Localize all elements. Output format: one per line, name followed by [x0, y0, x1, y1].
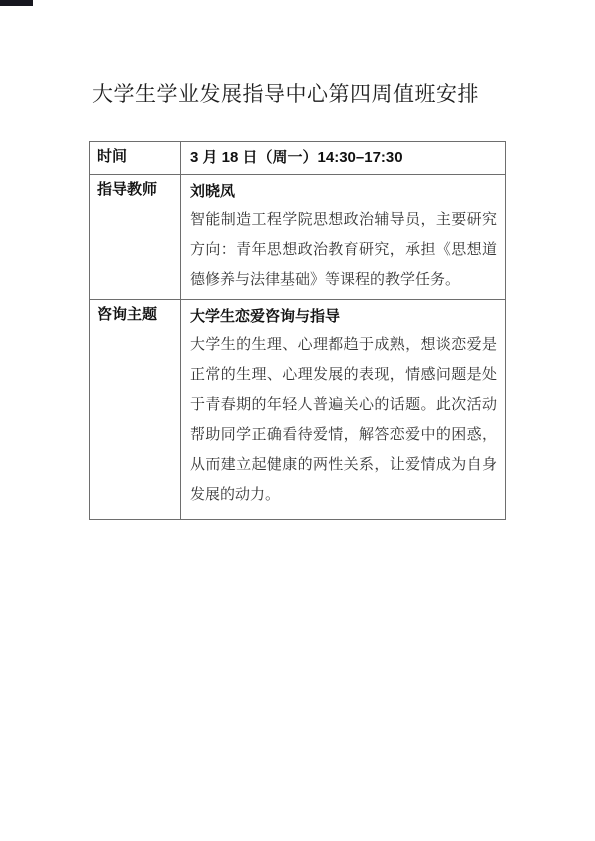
row-label-topic: 咨询主题	[90, 300, 181, 520]
teacher-name: 刘晓凤	[190, 177, 497, 205]
topic-title: 大学生恋爱咨询与指导	[190, 302, 497, 330]
table-row-time: 时间 3 月 18 日（周一）14:30–17:30	[90, 142, 506, 175]
time-value: 3 月 18 日（周一）14:30–17:30	[190, 144, 497, 170]
duty-schedule-table: 时间 3 月 18 日（周一）14:30–17:30 指导教师 刘晓凤 智能制造…	[89, 141, 506, 520]
row-label-teacher: 指导教师	[90, 175, 181, 300]
page-title: 大学生学业发展指导中心第四周值班安排	[92, 78, 552, 108]
row-value-topic: 大学生恋爱咨询与指导 大学生的生理、心理都趋于成熟，想谈恋爱是正常的生理、心理发…	[181, 300, 506, 520]
table-row-teacher: 指导教师 刘晓凤 智能制造工程学院思想政治辅导员，主要研究方向：青年思想政治教育…	[90, 175, 506, 300]
scan-corner-artifact	[0, 0, 33, 6]
row-value-time: 3 月 18 日（周一）14:30–17:30	[181, 142, 506, 175]
topic-description: 大学生的生理、心理都趋于成熟，想谈恋爱是正常的生理、心理发展的表现，情感问题是处…	[190, 330, 497, 510]
document-page: { "page": { "title": "大学生学业发展指导中心第四周值班安排…	[0, 0, 595, 841]
teacher-description: 智能制造工程学院思想政治辅导员，主要研究方向：青年思想政治教育研究，承担《思想道…	[190, 205, 497, 295]
row-label-time: 时间	[90, 142, 181, 175]
table-row-topic: 咨询主题 大学生恋爱咨询与指导 大学生的生理、心理都趋于成熟，想谈恋爱是正常的生…	[90, 300, 506, 520]
row-value-teacher: 刘晓凤 智能制造工程学院思想政治辅导员，主要研究方向：青年思想政治教育研究，承担…	[181, 175, 506, 300]
